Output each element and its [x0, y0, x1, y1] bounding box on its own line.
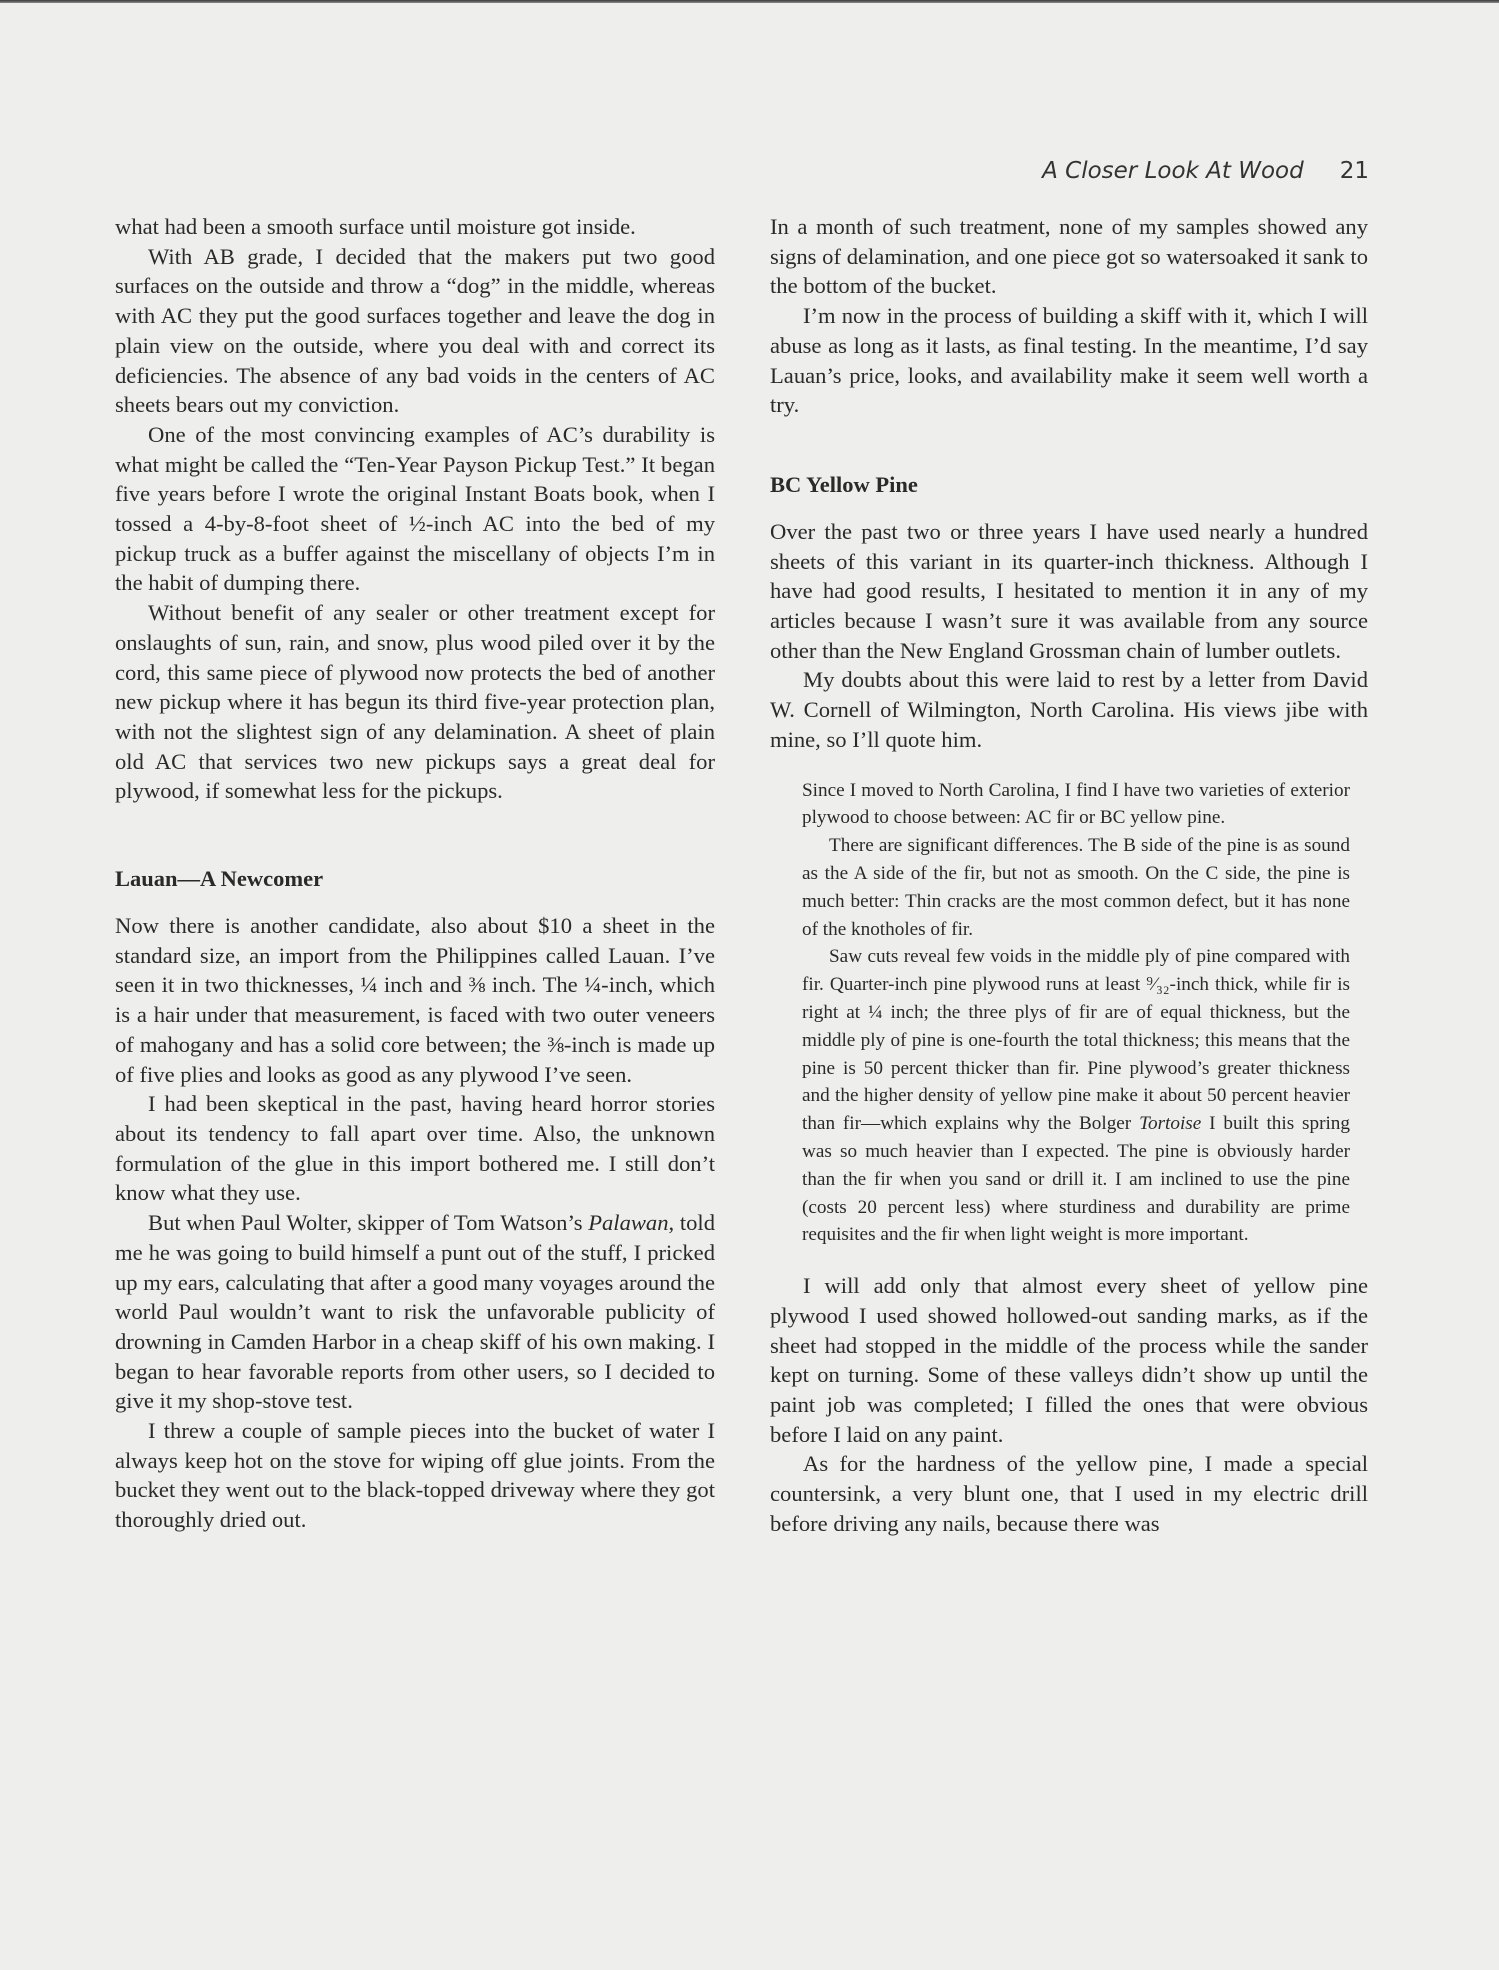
left-column: what had been a smooth surface until moi…: [115, 212, 715, 1535]
paragraph: One of the most convincing examples of A…: [115, 420, 715, 598]
paragraph: As for the hardness of the yellow pine, …: [770, 1449, 1368, 1538]
boat-name-italic: Palawan: [588, 1210, 668, 1235]
section-heading-lauan: Lauan—A Newcomer: [115, 864, 715, 894]
page-number: 21: [1340, 158, 1369, 184]
text-run: But when Paul Wolter, skipper of Tom Wat…: [148, 1210, 588, 1235]
paragraph: I had been skeptical in the past, having…: [115, 1089, 715, 1208]
quote-paragraph: Since I moved to North Carolina, I find …: [802, 777, 1350, 833]
boat-name-italic: Tortoise: [1139, 1113, 1201, 1134]
paragraph: I’m now in the process of building a ski…: [770, 301, 1368, 420]
section-heading-bc-yellow-pine: BC Yellow Pine: [770, 470, 1368, 500]
paragraph: My doubts about this were laid to rest b…: [770, 665, 1368, 754]
paragraph: Without benefit of any sealer or other t…: [115, 598, 715, 806]
block-quote: Since I moved to North Carolina, I find …: [802, 777, 1350, 1250]
paragraph: Over the past two or three years I have …: [770, 517, 1368, 666]
running-title: A Closer Look At Wood: [1042, 158, 1304, 184]
paragraph: Now there is another candidate, also abo…: [115, 911, 715, 1089]
text-run: Saw cuts reveal few voids in the middle …: [802, 946, 1350, 1134]
paragraph: I threw a couple of sample pieces into t…: [115, 1416, 715, 1535]
paragraph: But when Paul Wolter, skipper of Tom Wat…: [115, 1208, 715, 1416]
quote-paragraph: Saw cuts reveal few voids in the middle …: [802, 943, 1350, 1249]
quote-paragraph: There are significant differences. The B…: [802, 832, 1350, 943]
paragraph: In a month of such treatment, none of my…: [770, 212, 1368, 301]
text-run: , told me he was going to build himself …: [115, 1210, 715, 1413]
right-column: In a month of such treatment, none of my…: [770, 212, 1368, 1538]
paragraph: I will add only that almost every sheet …: [770, 1271, 1368, 1449]
paragraph: what had been a smooth surface until moi…: [115, 212, 715, 242]
page-top-edge: [0, 0, 1499, 3]
running-header: A Closer Look At Wood 21: [1042, 158, 1369, 184]
paragraph: With AB grade, I decided that the makers…: [115, 242, 715, 420]
